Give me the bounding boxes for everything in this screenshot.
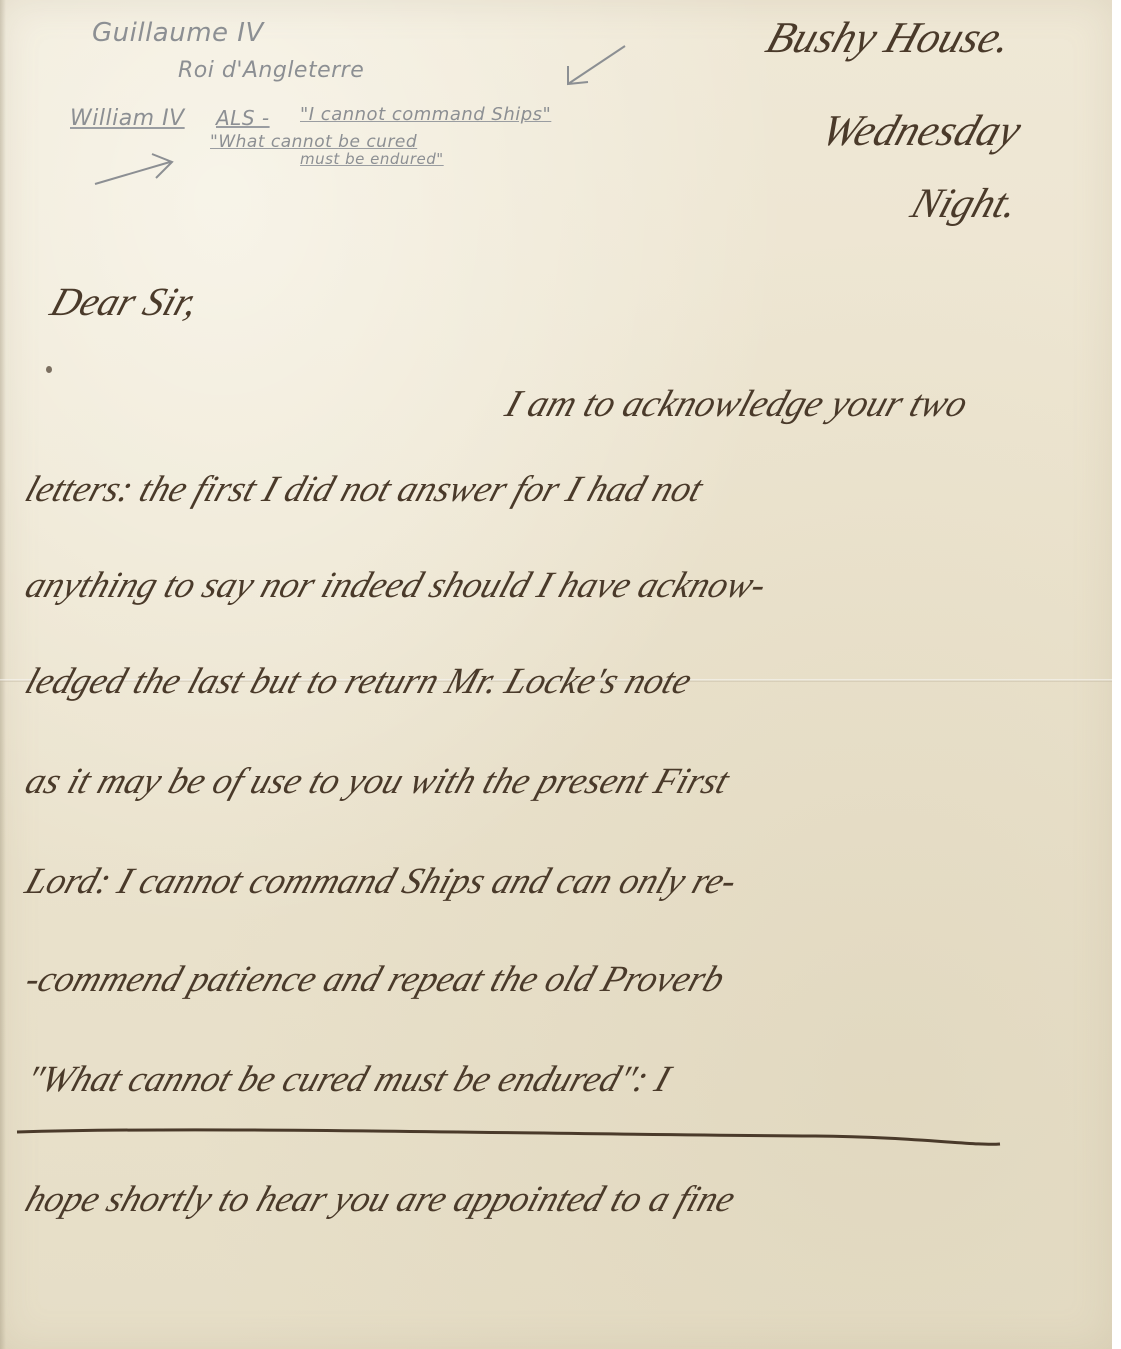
letter-line: as it may be of use to you with the pres… [20,760,735,803]
letter-day: Wednesday [815,105,1028,156]
letter-line: anything to say nor indeed should I have… [20,564,772,607]
pencil-arrow-down-left-icon [560,40,630,90]
pencil-note-guillaume: Guillaume IV [92,18,264,48]
pencil-note-what-cannot: "What cannot be cured [210,132,417,152]
proverb-underline [15,1120,1005,1150]
pencil-note-endured: must be endured" [300,150,444,168]
letter-line: I am to acknowledge your two [500,382,973,426]
letter-line: ledged the last but to return Mr. Locke'… [20,660,697,703]
ink-speck [46,366,52,373]
pencil-note-william: William IV [70,106,185,131]
letter-time: Night. [905,180,1024,228]
letter-salutation: Dear Sir, [45,278,205,325]
letter-line-proverb: "What cannot be cured must be endured": … [20,1058,676,1101]
pencil-arrow-right-icon [90,150,180,190]
letter-line: -commend patience and repeat the old Pro… [20,958,730,1001]
letter-line: letters: the first I did not answer for … [20,468,708,511]
letter-line: Lord: I cannot command Ships and can onl… [20,860,742,903]
letter-page: Guillaume IV Roi d'Angleterre William IV… [0,0,1112,1349]
letter-line: hope shortly to hear you are appointed t… [20,1178,741,1221]
pencil-note-als: ALS - [216,106,270,130]
page-edge-shadow [0,0,6,1349]
pencil-note-quote: "I cannot command Ships" [300,104,551,125]
letter-place: Bushy House. [760,12,1019,63]
pencil-note-roi: Roi d'Angleterre [178,58,364,83]
